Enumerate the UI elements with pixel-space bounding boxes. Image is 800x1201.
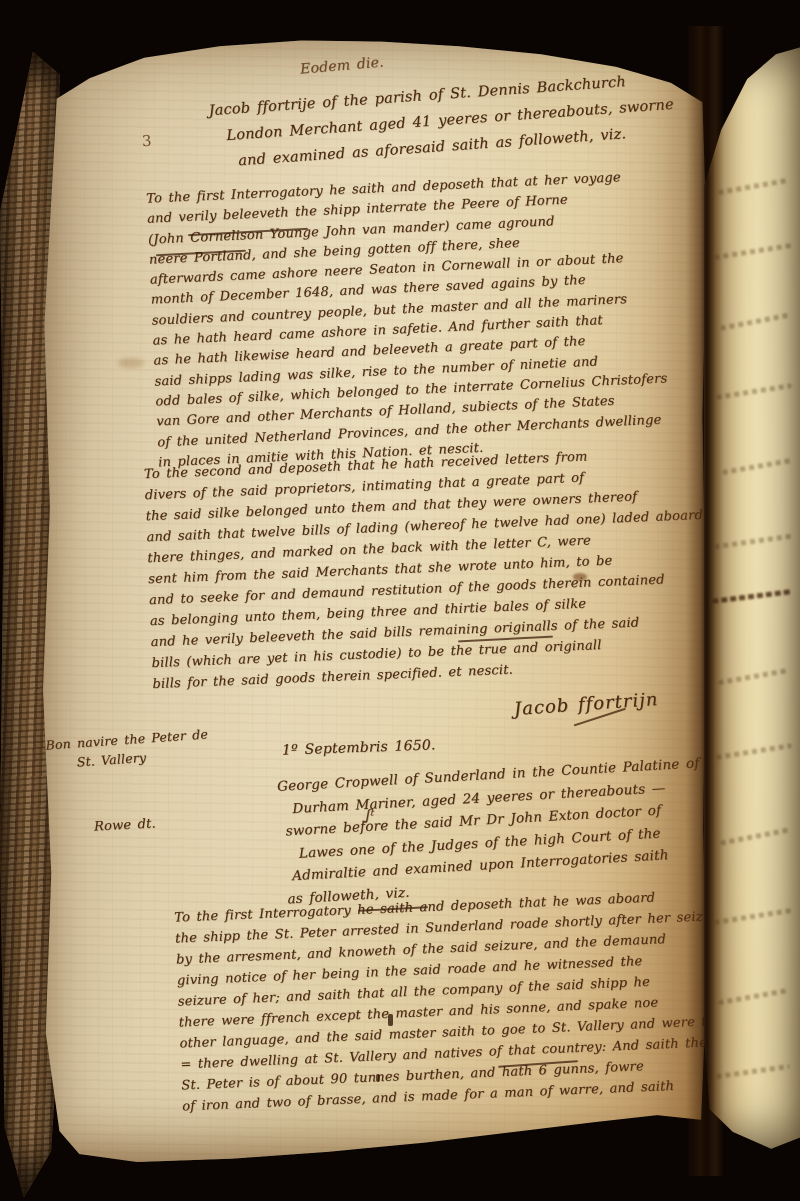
deposition2-intro: George Cropwell of Sunderland in the Cou… (277, 752, 707, 910)
deposition1-paragraph2: To the second and deposeth that he hath … (144, 440, 760, 695)
deposition1-intro: Jacob ffortrije of the parish of St. Den… (208, 66, 677, 176)
margin-examiner-mark: Rowe dt. (94, 816, 157, 834)
deponent-signature: Jacob ffortrijn (513, 689, 659, 724)
showthrough-line (716, 383, 792, 400)
deposition2-date: 1º Septembris 1650. (282, 737, 436, 758)
folio-number: 3 (142, 132, 152, 150)
showthrough-line (714, 243, 792, 260)
showthrough-line (714, 534, 792, 550)
smudge (118, 358, 144, 368)
manuscript-left-page: 3 Eodem die. Jacob ffortrije of the pari… (28, 28, 712, 1170)
showthrough-line (720, 312, 792, 331)
deposition1-paragraph1: To the first Interrogatory he saith and … (146, 167, 671, 474)
latin-heading: Eodem die. (299, 54, 384, 77)
showthrough-line (720, 827, 790, 845)
showthrough-line (718, 988, 790, 1005)
showthrough-line (714, 908, 792, 925)
showthrough-line (716, 1064, 790, 1079)
showthrough-line (718, 668, 790, 685)
deposition2-paragraph1: To the first Interrogatory he saith and … (174, 885, 735, 1118)
ink-stain (573, 573, 587, 581)
signature-text: Jacob ffortrijn (513, 689, 659, 720)
ink-speck (376, 1074, 380, 1082)
ink-speck (388, 1014, 393, 1026)
margin-note-ship: Bon navire the Peter de St. Vallery (45, 724, 210, 773)
manuscript-photograph: 3 Eodem die. Jacob ffortrije of the pari… (0, 0, 800, 1201)
showthrough-line (716, 743, 792, 760)
book-gutter-shadow (686, 26, 724, 1176)
showthrough-line (718, 178, 788, 195)
showthrough-line (722, 458, 792, 475)
